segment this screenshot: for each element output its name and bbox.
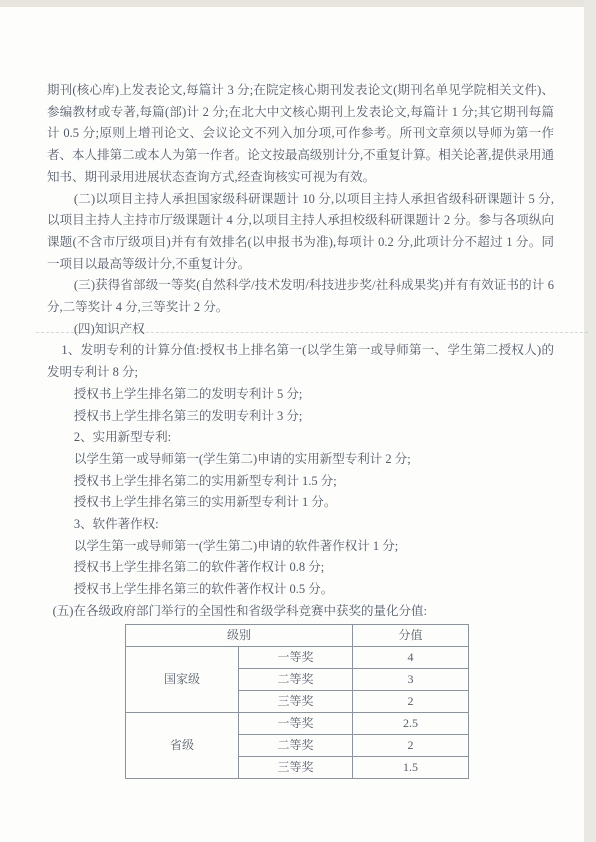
table-row: 省级 一等奖 2.5: [126, 712, 469, 734]
item-utility-patent-second: 授权书上学生排名第二的实用新型专利计 1.5 分;: [47, 471, 554, 493]
item-software-copyright-second: 授权书上学生排名第二的软件著作权计 0.8 分;: [47, 557, 554, 579]
table-cell-score: 4: [353, 646, 469, 668]
table-cell-score: 2: [353, 690, 469, 712]
table-cell-prize: 二等奖: [239, 668, 353, 690]
item-invention-patent-third: 授权书上学生排名第三的发明专利计 3 分;: [47, 406, 554, 428]
table-row: 国家级 一等奖 4: [126, 646, 469, 668]
item-software-copyright-first: 以学生第一或导师第一(学生第二)申请的软件著作权计 1 分;: [47, 536, 554, 558]
table-cell-score: 2: [353, 734, 469, 756]
table-header-level: 级别: [126, 624, 353, 646]
paragraph-research-projects: (二)以项目主持人承担国家级科研课题计 10 分,以项目主持人承担省级科研课题计…: [47, 189, 554, 276]
table-cell-score: 2.5: [353, 712, 469, 734]
item-invention-patent-first: 1、发明专利的计算分值:授权书上排名第一(以学生第一或导师第一、学生第二授权人)…: [47, 340, 554, 383]
table-cell-prize: 一等奖: [239, 712, 353, 734]
table-header-score: 分值: [353, 624, 469, 646]
table-cell-prize: 三等奖: [239, 756, 353, 778]
heading-utility-model-patent: 2、实用新型专利:: [47, 427, 554, 449]
item-utility-patent-first: 以学生第一或导师第一(学生第二)申请的实用新型专利计 2 分;: [47, 449, 554, 471]
document-body: 期刊(核心库)上发表论文,每篇计 3 分;在院定核心期刊发表论文(期刊名单见学院…: [47, 80, 554, 779]
table-header-row: 级别 分值: [126, 624, 469, 646]
scan-top-edge: [0, 0, 596, 7]
competition-score-table: 级别 分值 国家级 一等奖 4 二等奖 3 三等奖 2 省级: [125, 624, 469, 779]
table-cell-prize: 一等奖: [239, 646, 353, 668]
table-cell-level-national: 国家级: [126, 646, 239, 712]
scan-right-edge: [584, 0, 596, 842]
paragraph-journal-scoring: 期刊(核心库)上发表论文,每篇计 3 分;在院定核心期刊发表论文(期刊名单见学院…: [47, 80, 554, 189]
item-utility-patent-third: 授权书上学生排名第三的实用新型专利计 1 分。: [47, 492, 554, 514]
table-cell-score: 3: [353, 668, 469, 690]
heading-software-copyright: 3、软件著作权:: [47, 514, 554, 536]
heading-intellectual-property: (四)知识产权: [47, 319, 554, 341]
scanned-document-page: 期刊(核心库)上发表论文,每篇计 3 分;在院定核心期刊发表论文(期刊名单见学院…: [0, 0, 596, 842]
table-cell-score: 1.5: [353, 756, 469, 778]
paragraph-competition-intro: (五)在各级政府部门举行的全国性和省级学科竞赛中获奖的量化分值:: [47, 601, 554, 623]
paragraph-provincial-awards: (三)获得省部级一等奖(自然科学/技术发明/科技进步奖/社科成果奖)并有有效证书…: [47, 275, 554, 318]
item-invention-patent-second: 授权书上学生排名第二的发明专利计 5 分;: [47, 384, 554, 406]
table-cell-prize: 三等奖: [239, 690, 353, 712]
table-cell-level-provincial: 省级: [126, 712, 239, 778]
item-software-copyright-third: 授权书上学生排名第三的软件著作权计 0.5 分。: [47, 579, 554, 601]
table-cell-prize: 二等奖: [239, 734, 353, 756]
